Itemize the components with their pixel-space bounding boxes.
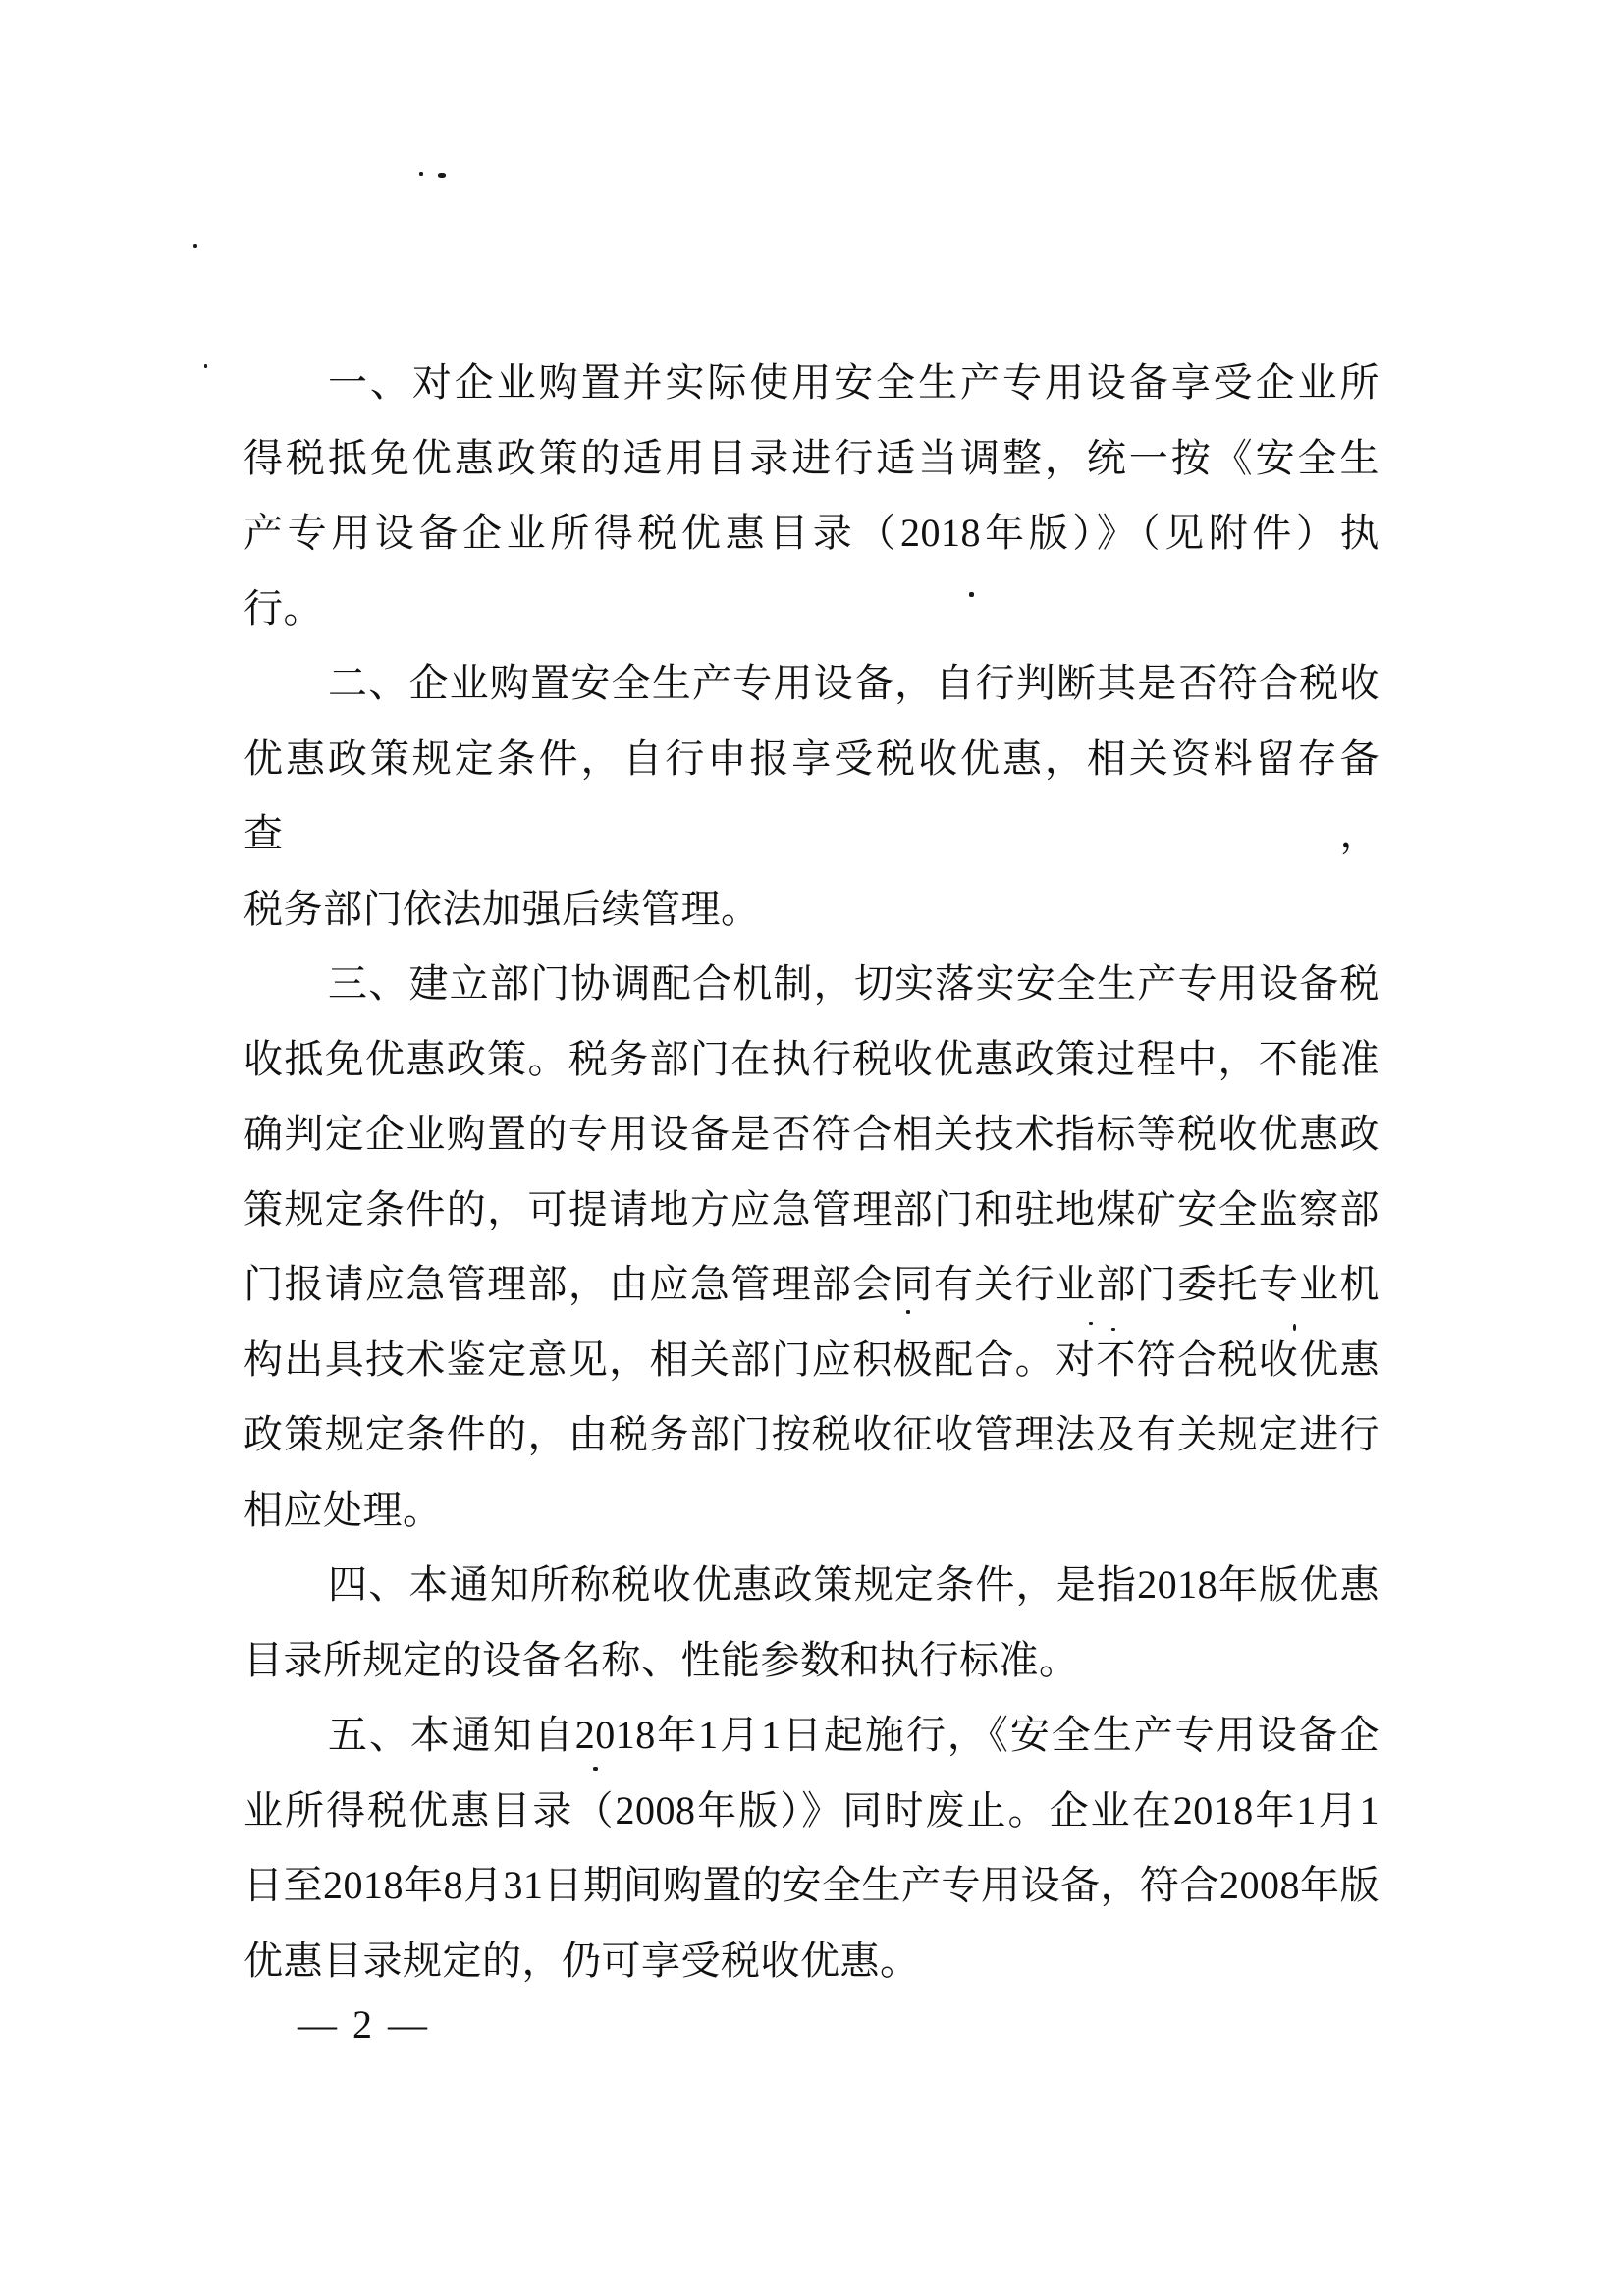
text-line: 相应处理。 [243,1473,1380,1549]
text-line: 产专用设备企业所得税优惠目录（2018年版）》（见附件）执 [243,496,1380,572]
text-line: 一、对企业购置并实际使用安全生产专用设备享受企业所 [243,346,1380,421]
paragraph-item-4: 四、本通知所称税收优惠政策规定条件，是指2018年版优惠目录所规定的设备名称、性… [243,1548,1380,1698]
text-line: 行。 [243,572,1380,647]
scan-speck [1111,1328,1115,1331]
scan-speck [204,364,207,368]
text-line: 三、建立部门协调配合机制，切实落实安全生产专用设备税 [243,947,1380,1022]
scan-speck [1293,1324,1296,1331]
text-line: 构出具技术鉴定意见，相关部门应积极配合。对不符合税收优惠 [243,1323,1380,1398]
text-line: 税务部门依法加强后续管理。 [243,872,1380,948]
text-line: 得税抵免优惠政策的适用目录进行适当调整，统一按《安全生 [243,421,1380,497]
text-line: 目录所规定的设备名称、性能参数和执行标准。 [243,1623,1380,1699]
scanned-document-page: 一、对企业购置并实际使用安全生产专用设备享受企业所得税抵免优惠政策的适用目录进行… [0,0,1623,2296]
scan-speck [193,244,197,248]
scan-speck [906,1310,910,1314]
text-line: 优惠政策规定条件，自行申报享受税收优惠，相关资料留存备查， [243,722,1380,872]
text-line: 政策规定条件的，由税务部门按税收征收管理法及有关规定进行 [243,1397,1380,1473]
scan-speck [438,173,446,178]
text-line: 业所得税优惠目录（2008年版）》同时废止。企业在2018年1月1 [243,1774,1380,1849]
notice-body: 一、对企业购置并实际使用安全生产专用设备享受企业所得税抵免优惠政策的适用目录进行… [243,346,1380,1998]
text-line: 确判定企业购置的专用设备是否符合相关技术指标等税收优惠政 [243,1097,1380,1173]
text-line: 日至2018年8月31日期间购置的安全生产专用设备，符合2008年版 [243,1848,1380,1924]
page-number: — 2 — [298,2005,430,2045]
paragraph-item-2: 二、企业购置安全生产专用设备，自行判断其是否符合税收优惠政策规定条件，自行申报享… [243,646,1380,947]
text-line: 门报请应急管理部，由应急管理部会同有关行业部门委托专业机 [243,1247,1380,1323]
paragraph-item-3: 三、建立部门协调配合机制，切实落实安全生产专用设备税收抵免优惠政策。税务部门在执… [243,947,1380,1548]
scan-speck [969,592,974,597]
text-line: 策规定条件的，可提请地方应急管理部门和驻地煤矿安全监察部 [243,1173,1380,1248]
text-line: 优惠目录规定的，仍可享受税收优惠。 [243,1924,1380,1999]
text-line: 二、企业购置安全生产专用设备，自行判断其是否符合税收 [243,646,1380,722]
text-line: 五、本通知自2018年1月1日起施行，《安全生产专用设备企 [243,1698,1380,1774]
paragraph-item-1: 一、对企业购置并实际使用安全生产专用设备享受企业所得税抵免优惠政策的适用目录进行… [243,346,1380,646]
text-line: 四、本通知所称税收优惠政策规定条件，是指2018年版优惠 [243,1548,1380,1623]
paragraph-item-5: 五、本通知自2018年1月1日起施行，《安全生产专用设备企业所得税优惠目录（20… [243,1698,1380,1998]
scan-speck [593,1767,598,1771]
scan-speck [1089,1322,1093,1325]
text-line: 收抵免优惠政策。税务部门在执行税收优惠政策过程中，不能准 [243,1022,1380,1098]
scan-speck [419,172,423,176]
